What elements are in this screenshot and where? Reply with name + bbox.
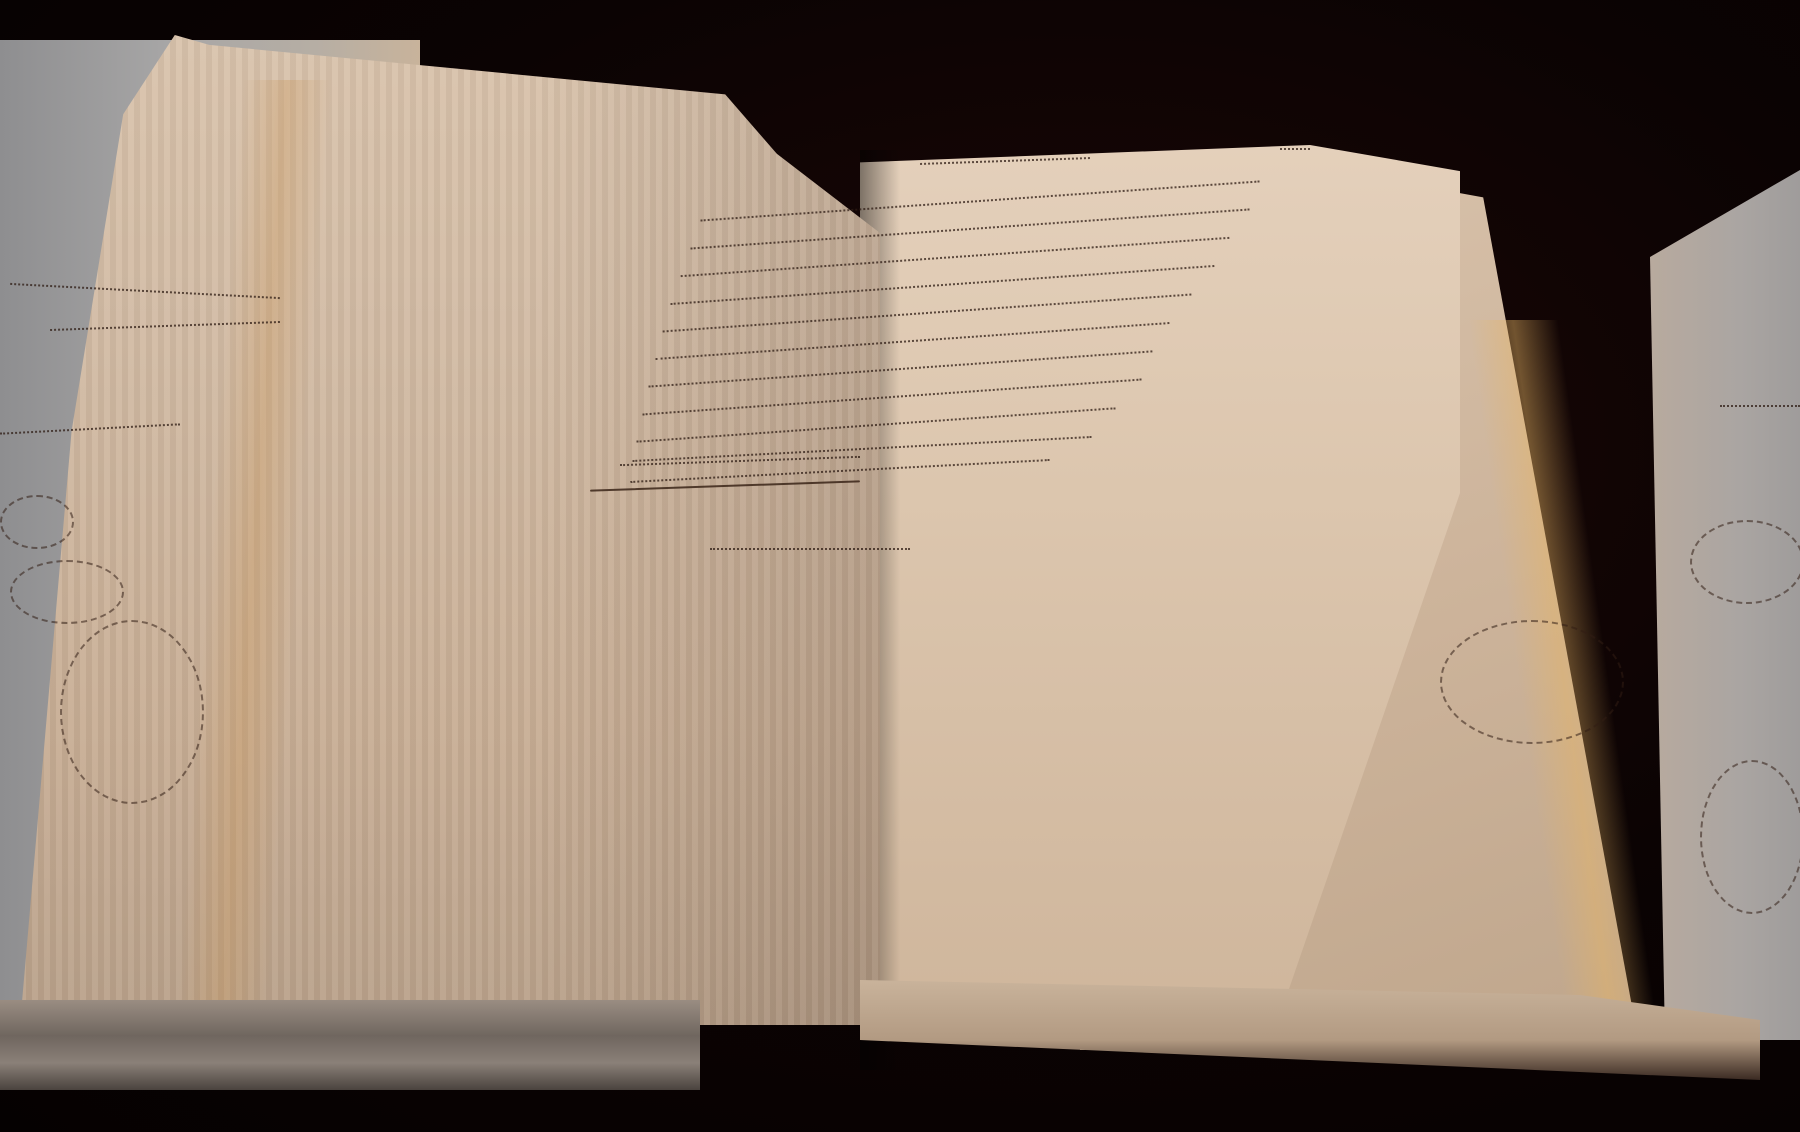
margin-sketch	[1700, 760, 1800, 914]
left-page	[20, 35, 880, 1025]
margin-note	[1720, 405, 1800, 407]
margin-sketch	[1440, 620, 1624, 744]
folio-number	[1280, 148, 1310, 150]
margin-sketch	[10, 560, 124, 624]
far-right-page	[1650, 170, 1800, 1040]
page-block-edge-left	[0, 1000, 700, 1090]
margin-sketch	[0, 495, 74, 549]
margin-sketch	[60, 620, 204, 804]
photo-scene	[0, 0, 1800, 1132]
margin-sketch	[1690, 520, 1800, 604]
signature	[710, 548, 910, 550]
